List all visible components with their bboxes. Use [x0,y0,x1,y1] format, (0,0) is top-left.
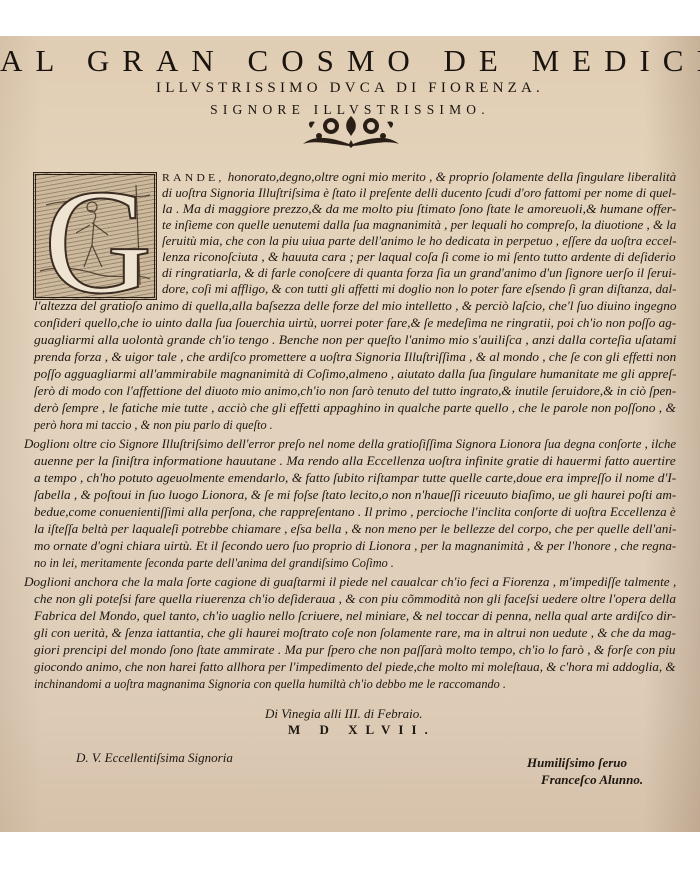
text-line: poſſo agguagliarmi all'ammirabile magnan… [34,366,677,382]
text-line: prenda forza , & uigor tale , che ardiſc… [34,349,676,365]
text-line: gli con uerità, & ſenza iattantia, che g… [34,625,676,641]
addressee: D. V. Eccellentiſsima Signoria [76,750,233,766]
text-line: l'altezza del gratioſo animo di quella,a… [34,298,676,314]
text-line: Doglionı oltre cio Signore Illuſtriſsimo… [24,436,676,452]
text-line: bedue,come conuenientiſſimi alla perſona… [34,504,676,520]
place-date: Di Vinegia alli III. di Febraio. [265,706,423,722]
year-roman: M D XLVII. [288,722,436,738]
text-line: RANDE, honorato,degno,oltre ogni mio mer… [162,169,676,186]
text-line: giori prencipi del mondo ſono ſtate ammi… [34,642,676,658]
text-line: lenza riconoſciuta , & hauuta cara ; per… [162,249,676,265]
text-line: la iſteſſa beltà per laqualeſi potrebbe … [34,521,676,537]
text-line: guagliarmi alla uolontà grande ch'io ten… [34,332,676,348]
text-line: ſerò di modo con l'affettione del diuoto… [34,383,676,399]
text-line: a tempo , ch'ho potuto ageuolmente emend… [34,470,676,486]
text-line: però hora mi taccio , & non piu parlo di… [34,417,273,433]
text-line: dore, coſi mi affligo, & con tutti gli a… [162,281,677,297]
initial-continuation: RANDE, [162,172,225,184]
text-line: la . Ma di maggiore prezzo,& da me molto… [162,201,676,217]
author-signature: Franceſco Alunno. [541,772,643,788]
servant-signoff: Humiliſsimo ſeruo [527,755,627,771]
text-line: giocondo animo, che non harei fatto allh… [34,659,676,675]
text-line: conſideri quello,che io uinto dalla ſua … [34,315,676,331]
text-line: di ringratiarla, & di farle conoſcere di… [162,265,676,281]
text-line: che non gli poteſsi fare quella riuerenz… [34,591,676,607]
text-line: Doglioni anchora che la mala ſorte cagio… [24,574,676,590]
text-line: ſabella , & poſtoui in ſuo luogo Lionora… [34,487,676,503]
text-line: derò ſempre , le fatiche mie tutte , acc… [34,400,676,416]
text-line: te inſieme con quelle uenutemi dalla ſua… [162,217,676,233]
text-line: auenne per la ſiniſtra informatione hauu… [34,453,676,469]
text-line: di uoſtra Signoria Illuſtriſsima è ſtato… [162,185,676,201]
text-line: inchinandomi a uoſtra magnanima Signoria… [34,676,506,692]
text-line: no in lei, meritamente ſeconda parte del… [34,555,394,571]
text-line: mo ornate d'ogni chiara uirtù. Et il ſec… [34,538,676,554]
text-line: Fabrica del Mondo, quel tanto, ch'io uag… [34,608,676,624]
book-page: AL GRAN COSMO DE MEDICI ILLVSTRISSIMO DV… [0,36,700,832]
text-line: ſeruitù mia, che con la piu uiua parte d… [162,233,677,249]
